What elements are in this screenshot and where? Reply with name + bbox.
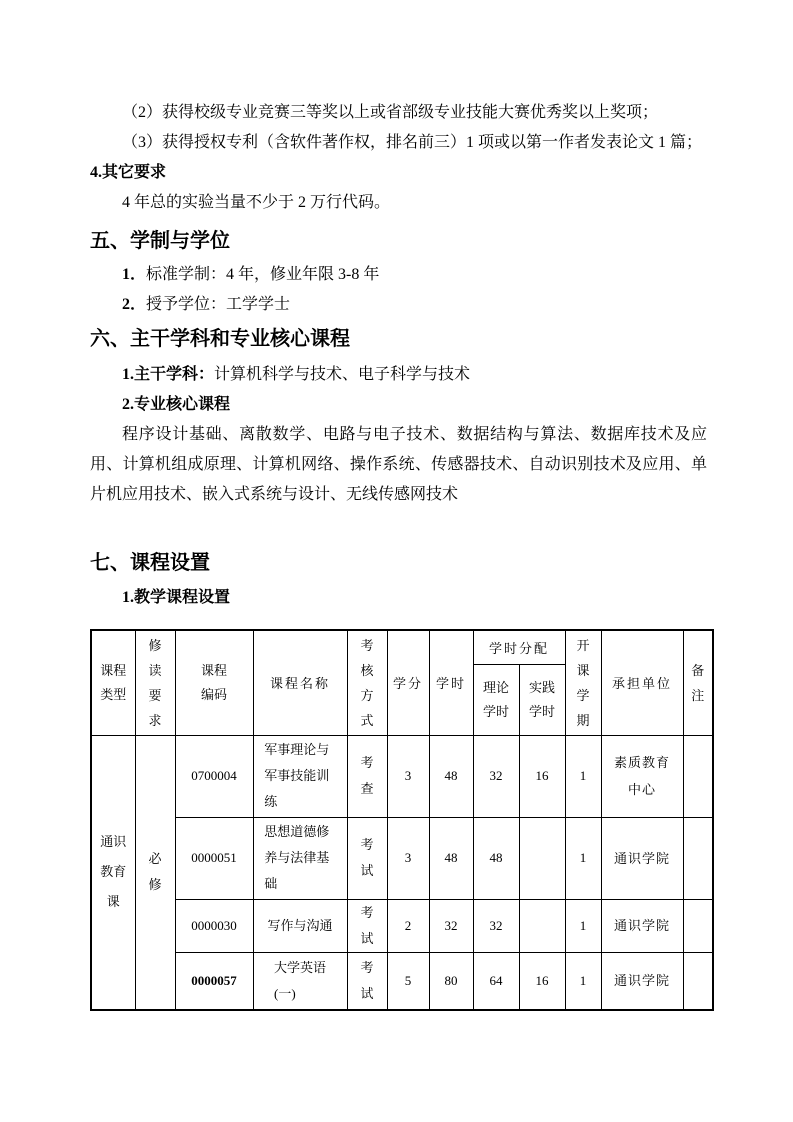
cell-theory-hours: 32 (473, 735, 519, 817)
header-course-code: 课程编码 (175, 630, 253, 735)
header-assessment: 考核方式 (347, 630, 387, 735)
cell-practice-hours: 16 (519, 952, 565, 1010)
header-note: 备注 (683, 630, 713, 735)
cell-course-name: 大学英语 (一) (253, 952, 347, 1010)
cell-unit: 通识学院 (601, 817, 683, 899)
cell-note (683, 735, 713, 817)
section-5-heading: 五、学制与学位 (90, 224, 707, 258)
header-theory-hours: 理论学时 (473, 664, 519, 735)
header-semester: 开课学期 (565, 630, 601, 735)
cell-semester: 1 (565, 952, 601, 1010)
cell-practice-hours: 16 (519, 735, 565, 817)
cell-unit: 通识学院 (601, 899, 683, 952)
table-row: 通识教育课 必修 0700004 军事理论与军事技能训练 考查 3 48 32 … (91, 735, 713, 817)
cell-credits: 5 (387, 952, 429, 1010)
cell-requirement-group: 必修 (135, 735, 175, 1010)
cell-note (683, 952, 713, 1010)
section-5-item-1: 1．标准学制：4 年，修业年限 3-8 年 (90, 260, 707, 290)
award-item-2: （2）获得校级专业竞赛三等奖以上或省部级专业技能大赛优秀奖以上奖项； (90, 98, 707, 128)
header-course-type: 课程类型 (91, 630, 135, 735)
core-courses-paragraph: 程序设计基础、离散数学、电路与电子技术、数据结构与算法、数据库技术及应用、计算机… (90, 420, 707, 510)
cell-course-name: 写作与沟通 (253, 899, 347, 952)
cell-theory-hours: 64 (473, 952, 519, 1010)
cell-note (683, 817, 713, 899)
cell-semester: 1 (565, 899, 601, 952)
cell-course-name: 思想道德修养与法律基础 (253, 817, 347, 899)
cell-hours: 48 (429, 817, 473, 899)
cell-code: 0000051 (175, 817, 253, 899)
section-5-item-2: 2．授予学位：工学学士 (90, 290, 707, 320)
cell-unit: 通识学院 (601, 952, 683, 1010)
cell-hours: 32 (429, 899, 473, 952)
cell-hours: 80 (429, 952, 473, 1010)
other-requirements-heading: 4.其它要求 (90, 158, 707, 188)
cell-code: 0700004 (175, 735, 253, 817)
item-text: 标准学制：4 年，修业年限 3-8 年 (146, 266, 379, 283)
header-course-name: 课程名称 (253, 630, 347, 735)
cell-credits: 3 (387, 735, 429, 817)
document-page: （2）获得校级专业竞赛三等奖以上或省部级专业技能大赛优秀奖以上奖项； （3）获得… (0, 0, 793, 1122)
section-6-item-1: 1.主干学科：计算机科学与技术、电子科学与技术 (90, 360, 707, 390)
cell-note (683, 899, 713, 952)
section-7-heading: 七、课程设置 (90, 546, 707, 580)
cell-assessment: 考试 (347, 817, 387, 899)
section-6-heading: 六、主干学科和专业核心课程 (90, 322, 707, 356)
cell-unit: 素质教育中心 (601, 735, 683, 817)
header-practice-hours: 实践学时 (519, 664, 565, 735)
item-text: 计算机科学与技术、电子科学与技术 (214, 366, 470, 383)
item-label: 1.主干学科： (122, 366, 214, 383)
cell-course-type-group: 通识教育课 (91, 735, 135, 1010)
item-number: 2． (122, 296, 146, 313)
table-header-row-1: 课程类型 修读要求 课程编码 课程名称 考核方式 学分 学时 学时分配 开课学期… (91, 630, 713, 664)
other-requirements-text: 4 年总的实验当量不少于 2 万行代码。 (90, 188, 707, 218)
table-row: 0000057 大学英语 (一) 考试 5 80 64 16 1 通识学院 (91, 952, 713, 1010)
cell-assessment: 考试 (347, 899, 387, 952)
cell-practice-hours (519, 899, 565, 952)
section-6-item-2: 2.专业核心课程 (90, 390, 707, 420)
header-credits: 学分 (387, 630, 429, 735)
table-row: 0000030 写作与沟通 考试 2 32 32 1 通识学院 (91, 899, 713, 952)
cell-assessment: 考试 (347, 952, 387, 1010)
cell-theory-hours: 32 (473, 899, 519, 952)
cell-credits: 3 (387, 817, 429, 899)
cell-course-name: 军事理论与军事技能训练 (253, 735, 347, 817)
award-item-3: （3）获得授权专利（含软件著作权，排名前三）1 项或以第一作者发表论文 1 篇； (90, 128, 707, 158)
header-requirement: 修读要求 (135, 630, 175, 735)
item-number: 1． (122, 266, 146, 283)
course-schedule-table: 课程类型 修读要求 课程编码 课程名称 考核方式 学分 学时 学时分配 开课学期… (90, 629, 714, 1011)
cell-code: 0000057 (175, 952, 253, 1010)
header-hours: 学时 (429, 630, 473, 735)
header-hours-allocation: 学时分配 (473, 630, 565, 664)
cell-code: 0000030 (175, 899, 253, 952)
cell-credits: 2 (387, 899, 429, 952)
item-text: 授予学位：工学学士 (146, 296, 290, 313)
header-unit: 承担单位 (601, 630, 683, 735)
cell-theory-hours: 48 (473, 817, 519, 899)
section-7-sub-heading: 1.教学课程设置 (90, 583, 707, 613)
cell-semester: 1 (565, 735, 601, 817)
cell-hours: 48 (429, 735, 473, 817)
cell-assessment: 考查 (347, 735, 387, 817)
cell-semester: 1 (565, 817, 601, 899)
table-row: 0000051 思想道德修养与法律基础 考试 3 48 48 1 通识学院 (91, 817, 713, 899)
cell-practice-hours (519, 817, 565, 899)
